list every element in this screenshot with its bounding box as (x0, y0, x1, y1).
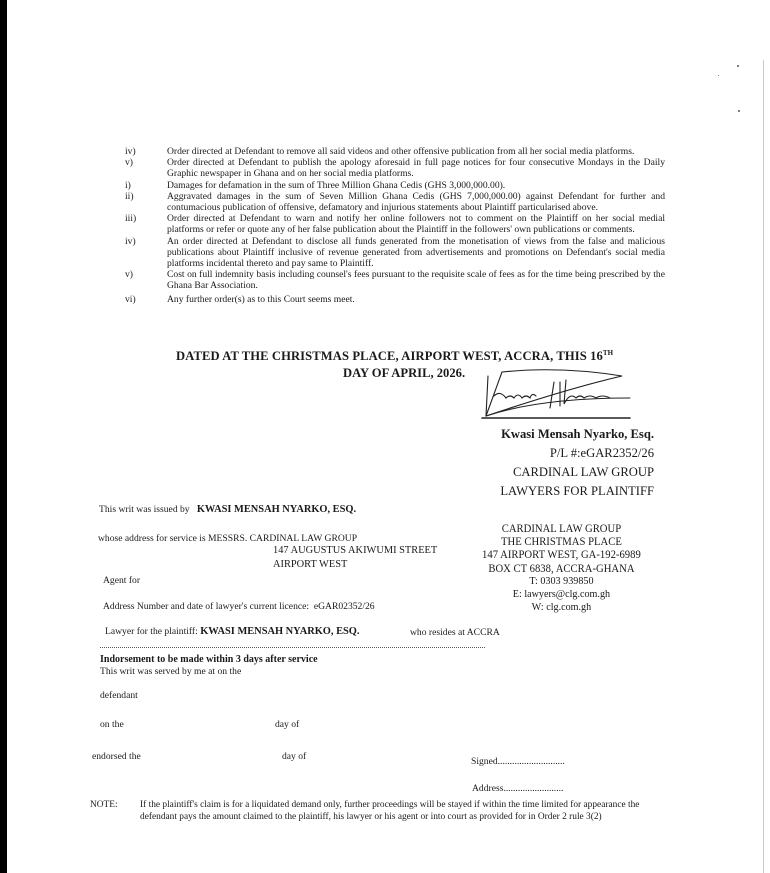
served-line: This writ was served by me at on the (100, 666, 241, 677)
dotted-divider (100, 647, 485, 648)
claim-item: i)Damages for defamation in the sum of T… (125, 180, 665, 191)
signed-field: Signed............................ (471, 756, 565, 767)
address-line-2: 147 AUGUSTUS AKIWUMI STREET (273, 545, 437, 556)
day-of-label-2: day of (282, 751, 306, 762)
address-line-3: AIRPORT WEST (273, 559, 347, 570)
claim-item: ii)Aggravated damages in the sum of Seve… (125, 191, 665, 213)
agent-for: Agent for (103, 575, 140, 586)
claim-item: v)Cost on full indemnity basis including… (125, 269, 665, 291)
dated-line: DATED AT THE CHRISTMAS PLACE, AIRPORT WE… (176, 349, 613, 364)
endorsed-label: endorsed the (92, 751, 141, 762)
address-for-service: whose address for service is MESSRS. CAR… (98, 533, 357, 544)
claims-list: iv)Order directed at Defendant to remove… (125, 146, 665, 305)
day-of-label: day of (275, 719, 299, 730)
address-field: Address......................... (472, 783, 563, 794)
resides-at: who resides at ACCRA (410, 627, 500, 638)
firm-stamp: CARDINAL LAW GROUP THE CHRISTMAS PLACE 1… (463, 522, 660, 614)
defendant-label: defendant (100, 690, 138, 701)
claim-item: v)Order directed at Defendant to publish… (125, 157, 665, 179)
signature-block: Kwasi Mensah Nyarko, Esq. P/L #:eGAR2352… (462, 425, 654, 501)
claim-item: iv)Order directed at Defendant to remove… (125, 146, 665, 157)
note-block: NOTE: If the plaintiff's claim is for a … (90, 800, 650, 824)
lawyer-line: Lawyer for the plaintiff: KWASI MENSAH N… (105, 626, 359, 637)
claim-item: vi)Any further order(s) as to this Court… (125, 294, 665, 305)
licence-line: Address Number and date of lawyer's curr… (103, 601, 375, 612)
issued-by-line: This writ was issued by KWASI MENSAH NYA… (99, 504, 356, 515)
scan-speck (718, 75, 719, 76)
indorsement-title: Indorsement to be made within 3 days aft… (100, 654, 318, 665)
dated-line-2: DAY OF APRIL, 2026. (343, 366, 465, 381)
scan-speck (737, 65, 739, 67)
claim-item: iii)Order directed at Defendant to warn … (125, 213, 665, 235)
scan-edge-left (0, 0, 7, 873)
scan-speck (738, 110, 740, 112)
claim-item: iv)An order directed at Defendant to dis… (125, 236, 665, 270)
on-the-label: on the (100, 719, 124, 730)
signature-image (480, 368, 640, 420)
page-edge-right (763, 60, 764, 873)
